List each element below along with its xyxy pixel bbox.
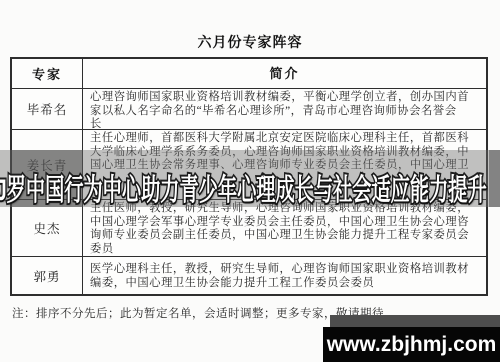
promo-banner-band-right-segment	[489, 150, 500, 207]
table-row: 毕希名 心理咨询师国家职业资格培训教材编委，平衡心理学创立者，创办国内首 家以私…	[12, 88, 486, 129]
watermark-top-strip	[330, 315, 500, 327]
expert-name: 郭勇	[12, 257, 83, 294]
expert-intro: 心理咨询师国家职业资格培训教材编委，平衡心理学创立者，创办国内首 家以私人名字命…	[83, 89, 486, 129]
header-expert-label: 专家	[12, 59, 83, 88]
expert-intro: 医学心理科主任，教授，研究生导师，心理咨询师国家职业资格培训教材 编委，中国心理…	[83, 257, 486, 294]
promo-banner-headline: J罗中国行为中心助力青少年心理成长与社会适应能力提升	[0, 165, 487, 209]
expert-name: 毕希名	[12, 89, 83, 129]
table-header-row: 专家 简介	[12, 59, 486, 88]
page-title: 六月份专家阵容	[0, 32, 500, 52]
watermark-block: www.zbjhmj.com	[323, 315, 500, 362]
header-intro-label: 简介	[83, 59, 486, 88]
table-row: 郭勇 医学心理科主任，教授，研究生导师，心理咨询师国家职业资格培训教材 编委，中…	[12, 256, 486, 294]
watermark-url: www.zbjhmj.com	[323, 327, 500, 362]
